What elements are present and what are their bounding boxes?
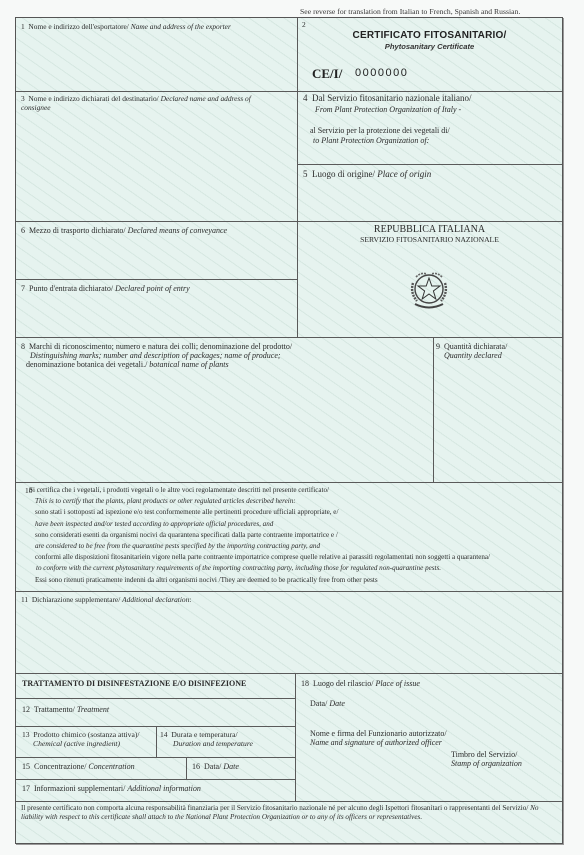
exporter-field[interactable]: 1 Nome e indirizzo dell'esportatore/ Nam…	[16, 18, 297, 91]
phytosanitary-certificate-form: 1 Nome e indirizzo dell'esportatore/ Nam…	[15, 17, 563, 844]
liability-disclaimer: Il presente certificato non comporta alc…	[16, 801, 562, 843]
certificate-header: 2 CERTIFICATO FITOSANITARIO/ Phytosanita…	[297, 18, 562, 91]
box11-label: 11 Dichiarazione supplementare/ Addition…	[21, 595, 191, 604]
box15-label: 15 Concentrazione/ Concentration	[22, 762, 135, 771]
officer-signature-label: Nome e firma del Funzionario autorizzato…	[310, 729, 447, 738]
additional-information-field[interactable]: 17 Informazioni supplementari/ Additiona…	[16, 779, 295, 801]
service-name: SERVIZIO FITOSANITARIO NAZIONALE	[297, 235, 562, 244]
treatment-heading: TRATTAMENTO DI DISINFESTAZIONE E/O DISIN…	[16, 673, 295, 698]
certificate-number: 0000000	[355, 67, 408, 79]
disclaimer-text: Il presente certificato non comporta alc…	[21, 804, 551, 822]
box13-label-en: Chemical (active ingredient)	[33, 739, 120, 748]
certification-line: Essi sono ritenuti praticamente indenni …	[35, 576, 378, 585]
place-of-origin-field[interactable]: 5 Luogo di origine/ Place of origin	[297, 164, 562, 221]
box4-label: 4 Dal Servizio fitosanitario nazionale i…	[303, 93, 471, 104]
box16-label: 16 Data/ Date	[192, 762, 239, 771]
box4-dest-en: to Plant Protection Organization of:	[313, 136, 429, 145]
officer-signature-label-en: Name and signature of authorized officer	[310, 738, 442, 747]
box14-label-en: Duration and temperature	[173, 739, 253, 748]
box4-label-en: From Plant Protection Organization of It…	[315, 105, 461, 114]
box18-label: 18 Luogo del rilascio/ Place of issue	[301, 679, 420, 688]
plant-protection-org-field[interactable]: 4 Dal Servizio fitosanitario nazionale i…	[297, 91, 562, 164]
certification-line: have been inspected and/or tested accord…	[35, 520, 273, 529]
box9-label: 9 Quantità dichiarata/	[436, 342, 507, 351]
stamp-label: Timbro del Servizio/	[451, 750, 517, 759]
box3-label: 3 Nome e indirizzo dichiarati del destin…	[21, 94, 251, 112]
chemical-field[interactable]: 13 Prodotto chimico (sostanza attiva)/ C…	[16, 726, 156, 757]
stamp-label-en: Stamp of organization	[451, 759, 522, 768]
certification-line: sono stati i sottoposti ad ispezione e/o…	[35, 508, 338, 517]
additional-declaration-field[interactable]: 11 Dichiarazione supplementare/ Addition…	[16, 591, 562, 673]
box6-label: 6 Mezzo di trasporto dichiarato/ Declare…	[21, 226, 227, 235]
box7-label: 7 Punto d'entrata dichiarato/ Declared p…	[21, 284, 190, 293]
point-of-entry-field[interactable]: 7 Punto d'entrata dichiarato/ Declared p…	[16, 279, 297, 337]
treatment-date-field[interactable]: 16 Data/ Date	[186, 757, 295, 779]
box17-label: 17 Informazioni supplementari/ Additiona…	[22, 784, 201, 793]
box4-dest-it: al Servizio per la protezione dei vegeta…	[310, 126, 450, 135]
box8-label-en: Distinguishing marks; number and descrip…	[30, 351, 281, 360]
republic-name: REPUBBLICA ITALIANA	[297, 224, 562, 235]
box2-number: 2	[302, 20, 306, 29]
certification-line: sono considerati esenti da organismi noc…	[35, 531, 338, 540]
marks-and-packages-field[interactable]: 8 Marchi di riconoscimento; numero e nat…	[16, 337, 433, 482]
box13-label: 13 Prodotto chimico (sostanza attiva)/	[22, 730, 139, 739]
republic-emblem-panel: REPUBBLICA ITALIANA SERVIZIO FITOSANITAR…	[297, 221, 562, 337]
box5-label: 5 Luogo di origine/ Place of origin	[303, 169, 431, 180]
box8-label: 8 Marchi di riconoscimento; numero e nat…	[21, 342, 292, 351]
certification-line: Si certifica che i vegetali, i prodotti …	[29, 486, 329, 495]
concentration-field[interactable]: 15 Concentrazione/ Concentration	[16, 757, 186, 779]
box8-botanical: denominazione botanica dei vegetali./ bo…	[26, 360, 229, 369]
certification-line: to conform with the current phytosanitar…	[36, 564, 441, 573]
italian-republic-emblem-icon	[407, 269, 451, 311]
treatment-field[interactable]: 12 Trattamento/ Treatment	[16, 698, 295, 726]
duration-temperature-field[interactable]: 14 Durata e temperatura/ Duration and te…	[156, 726, 295, 757]
means-of-conveyance-field[interactable]: 6 Mezzo di trasporto dichiarato/ Declare…	[16, 221, 297, 279]
certificate-subtitle: Phytosanitary Certificate	[297, 42, 562, 51]
box14-label: 14 Durata e temperatura/	[160, 730, 238, 739]
translation-note: See reverse for translation from Italian…	[300, 7, 520, 16]
certificate-prefix: CE/I/	[312, 66, 342, 82]
box12-label: 12 Trattamento/ Treatment	[22, 705, 109, 714]
quantity-declared-field[interactable]: 9 Quantità dichiarata/ Quantity declared	[433, 337, 562, 482]
certification-line: This is to certify that the plants, plan…	[35, 497, 296, 506]
certification-statement: 10 Si certifica che i vegetali, i prodot…	[16, 482, 562, 591]
certification-line: conformi alle disposizioni fitosanitarie…	[35, 553, 490, 562]
certification-line: are considered to be free from the quara…	[35, 542, 320, 551]
box1-label: 1 Nome e indirizzo dell'esportatore/ Nam…	[21, 22, 231, 31]
issue-date-label: Data/ Date	[310, 699, 345, 708]
issue-and-signature-field[interactable]: 18 Luogo del rilascio/ Place of issue Da…	[295, 673, 562, 801]
box9-label-en: Quantity declared	[444, 351, 502, 360]
printer-imprint: Roma, 2010 - Istituto Poligrafico e Zecc…	[0, 578, 1, 748]
consignee-field[interactable]: 3 Nome e indirizzo dichiarati del destin…	[16, 91, 297, 221]
certificate-title: CERTIFICATO FITOSANITARIO/	[297, 30, 562, 41]
